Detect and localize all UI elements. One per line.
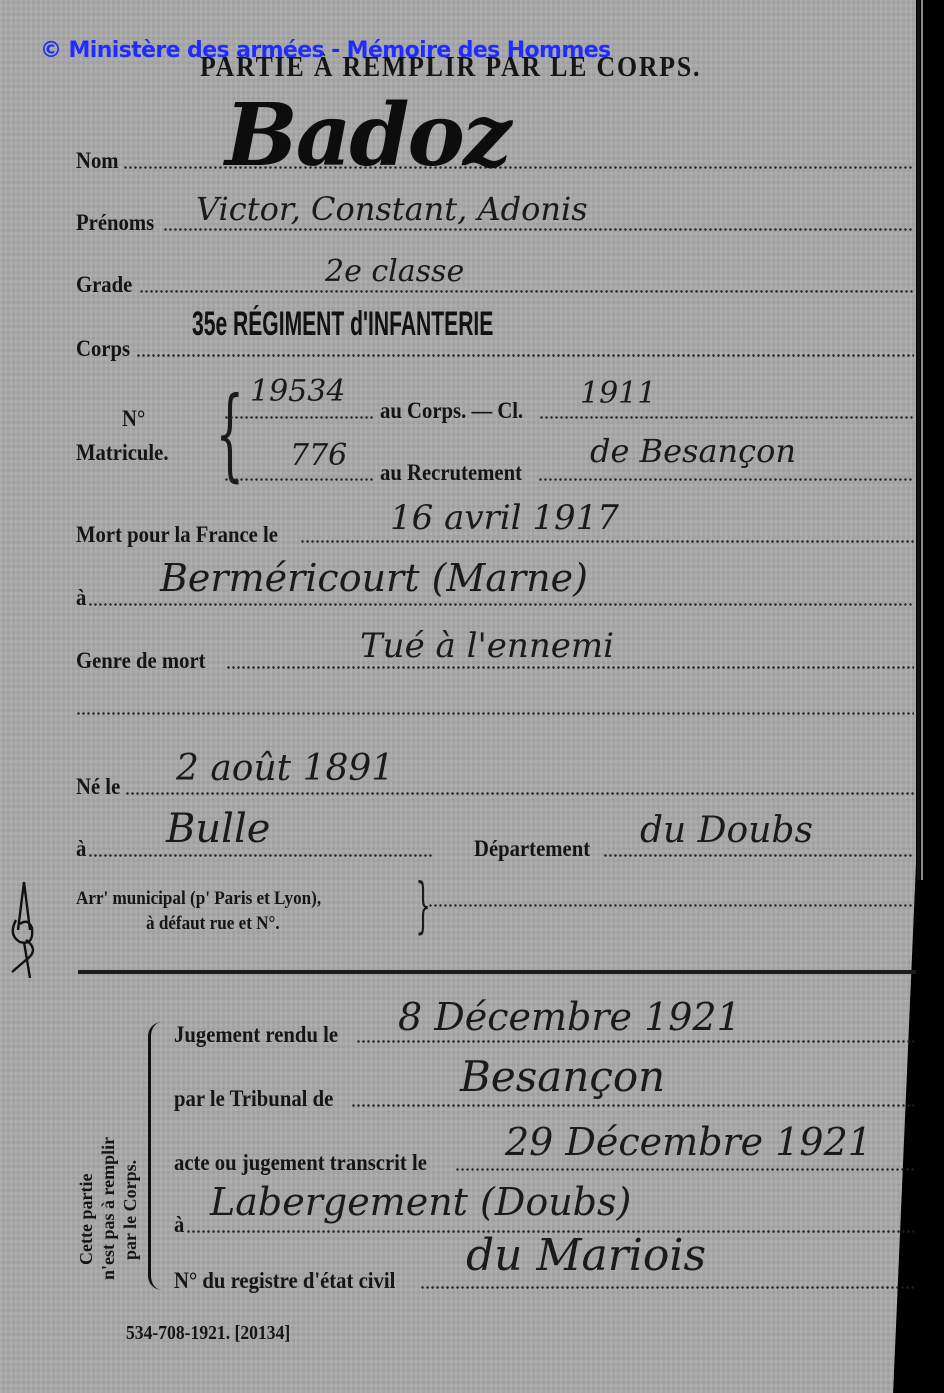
transcrit-label: acte ou jugement transcrit le xyxy=(174,1150,427,1176)
copyright-watermark: © Ministère des armées - Mémoire des Hom… xyxy=(40,38,611,63)
side-note-line-1: Cette partie xyxy=(76,1174,97,1265)
recrutement-value: de Besançon xyxy=(590,432,796,470)
dotted-line xyxy=(538,478,914,481)
tribunal-value: Besançon xyxy=(460,1052,665,1101)
paper-edge-shadow xyxy=(921,0,923,880)
ne-a-label: à xyxy=(76,836,86,862)
corps-label: Corps xyxy=(76,336,130,362)
dotted-line xyxy=(136,354,914,357)
blank-row xyxy=(76,712,914,720)
mort-le-value: 16 avril 1917 xyxy=(390,498,619,538)
dotted-line xyxy=(224,416,374,419)
matricule-label-n: N° xyxy=(122,406,145,432)
genre-mort-value: Tué à l'ennemi xyxy=(360,626,614,666)
prenoms-value: Victor, Constant, Adonis xyxy=(196,190,588,228)
registre-label: N° du registre d'état civil xyxy=(174,1268,395,1294)
matricule-corps-number: 19534 xyxy=(250,374,345,409)
mort-a-value: Berméricourt (Marne) xyxy=(160,556,588,600)
prenoms-label: Prénoms xyxy=(76,210,154,236)
grade-label: Grade xyxy=(76,272,132,298)
registre-value: du Mariois xyxy=(466,1230,706,1281)
section-divider xyxy=(78,970,916,974)
arrondissement-label-1: Arr' municipal (p' Paris et Lyon), xyxy=(76,888,321,910)
ne-le-value: 2 août 1891 xyxy=(176,748,394,789)
arrondissement-row xyxy=(428,904,914,912)
dotted-line xyxy=(125,792,914,795)
form-print-code: 534-708-1921. [20134] xyxy=(126,1322,290,1345)
transcrit-value: 29 Décembre 1921 xyxy=(505,1120,872,1164)
paraph-signature-icon xyxy=(6,880,46,980)
ne-a-value: Bulle xyxy=(166,806,270,852)
dotted-line xyxy=(300,540,914,543)
matricule-label: Matricule. xyxy=(76,440,169,466)
grade-value: 2e classe xyxy=(325,254,464,289)
grade-row: Grade xyxy=(76,272,914,298)
dotted-line xyxy=(139,290,914,293)
dotted-line xyxy=(351,1104,914,1107)
au-corps-label: au Corps. — Cl. xyxy=(380,398,523,424)
mort-a-label: à xyxy=(76,585,86,611)
side-note-line-2: n'est pas à remplir xyxy=(98,1137,119,1280)
dotted-line xyxy=(163,228,914,231)
nom-value: Badoz xyxy=(225,85,510,186)
transcrit-a-value: Labergement (Doubs) xyxy=(210,1180,631,1224)
dotted-line xyxy=(539,416,914,419)
matricule-recrutement-number: 776 xyxy=(290,438,347,473)
dotted-line xyxy=(420,1286,914,1289)
jugement-label: Jugement rendu le xyxy=(174,1022,338,1048)
dotted-line xyxy=(88,603,915,606)
au-recrutement-label: au Recrutement xyxy=(380,460,522,486)
ne-le-label: Né le xyxy=(76,774,120,800)
paper-edge xyxy=(917,0,920,880)
dotted-line xyxy=(76,712,914,715)
dotted-line xyxy=(88,854,435,857)
mort-le-label: Mort pour la France le xyxy=(76,522,278,548)
dotted-line xyxy=(226,666,914,669)
dotted-line xyxy=(428,904,914,907)
departement-label: Département xyxy=(474,836,590,862)
nom-label: Nom xyxy=(76,148,119,174)
civil-brace xyxy=(148,1022,165,1290)
genre-mort-label: Genre de mort xyxy=(76,648,206,674)
departement-value: du Doubs xyxy=(640,810,813,851)
dotted-line xyxy=(224,478,374,481)
dotted-line xyxy=(455,1168,914,1171)
dotted-line xyxy=(356,1040,914,1043)
side-note-line-3: par le Corps. xyxy=(120,1160,141,1260)
tribunal-label: par le Tribunal de xyxy=(174,1086,333,1112)
corps-stamp: 35e RÉGIMENT d'INFANTERIE xyxy=(192,305,493,344)
jugement-value: 8 Décembre 1921 xyxy=(398,995,741,1039)
classe-value: 1911 xyxy=(580,376,656,411)
transcrit-a-label: à xyxy=(174,1212,184,1238)
dotted-line xyxy=(603,854,914,857)
arrondissement-label-2: à défaut rue et N°. xyxy=(146,913,280,935)
